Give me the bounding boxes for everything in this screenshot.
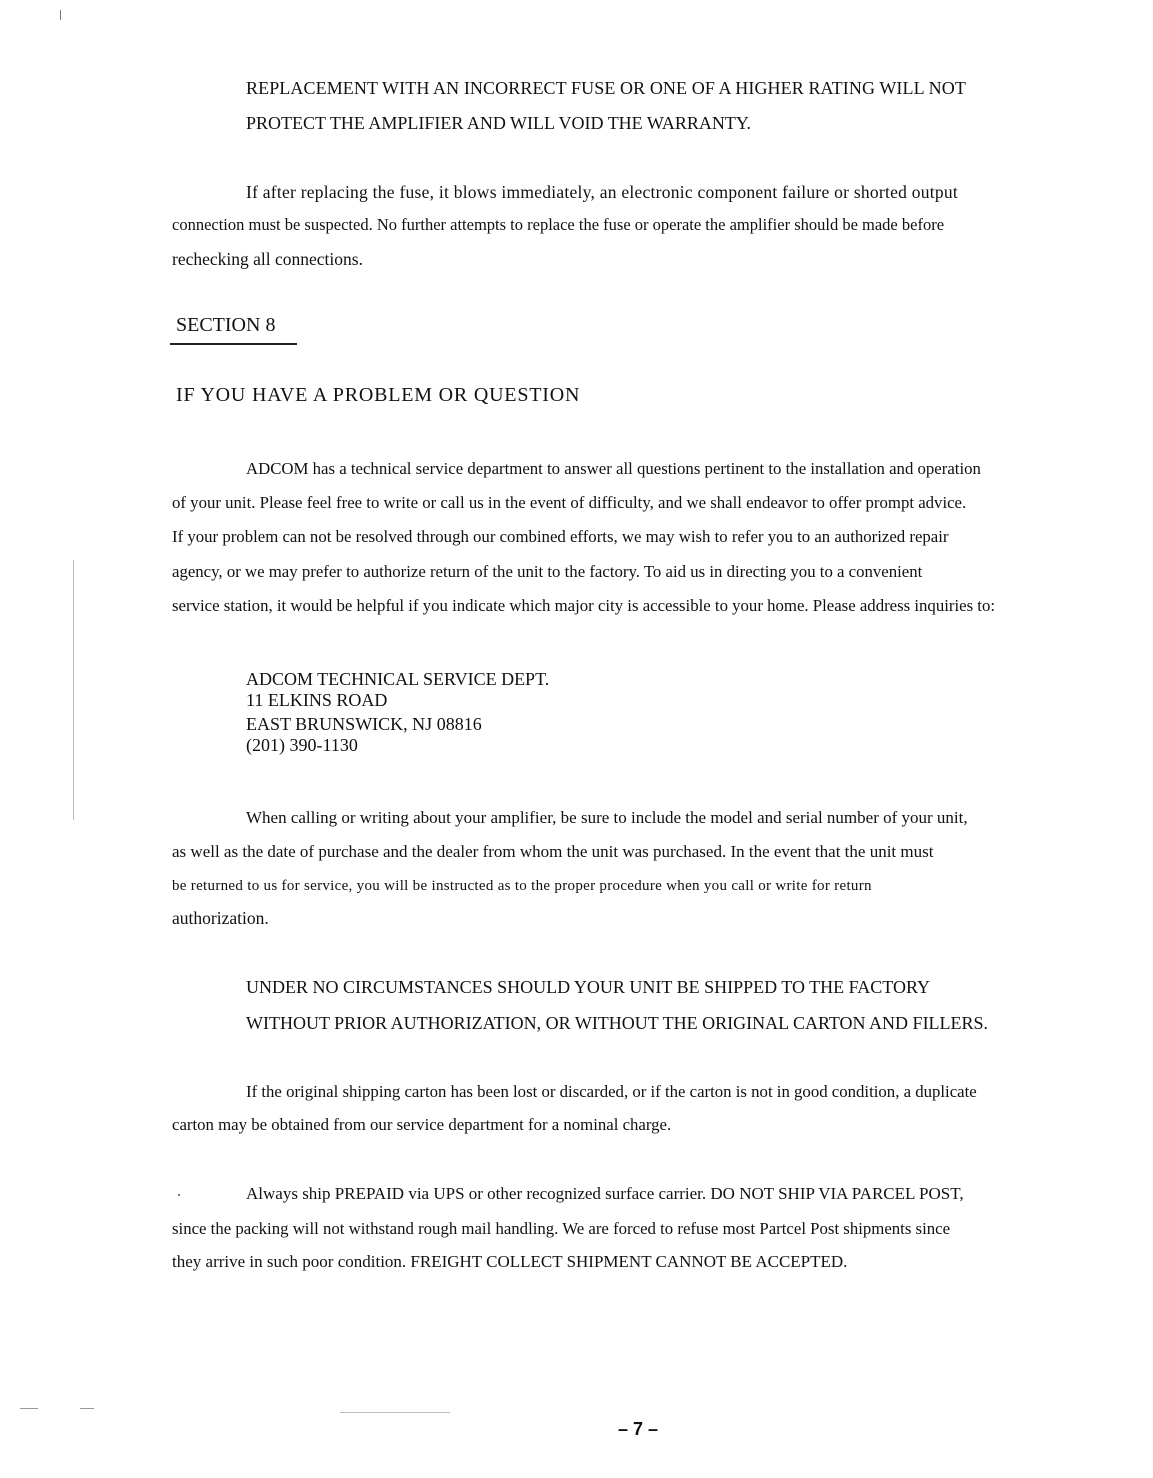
scan-mark xyxy=(80,1408,94,1409)
calling-paragraph-line-2: as well as the date of purchase and the … xyxy=(172,842,933,862)
scan-mark xyxy=(20,1408,38,1409)
service-paragraph-line-3: If your problem can not be resolved thro… xyxy=(172,527,949,547)
fuse-paragraph-line-2: connection must be suspected. No further… xyxy=(172,215,944,235)
fuse-paragraph-line-3: rechecking all connections. xyxy=(172,249,363,269)
scan-mark xyxy=(73,560,74,820)
prepaid-paragraph-line-3: they arrive in such poor condition. FREI… xyxy=(172,1252,847,1272)
service-paragraph-line-2: of your unit. Please feel free to write … xyxy=(172,493,966,513)
scan-mark xyxy=(178,1194,180,1196)
section-heading: IF YOU HAVE A PROBLEM OR QUESTION xyxy=(176,385,580,405)
carton-paragraph-line-2: carton may be obtained from our service … xyxy=(172,1115,671,1135)
address-department: ADCOM TECHNICAL SERVICE DEPT. xyxy=(246,669,549,689)
calling-paragraph-line-4: authorization. xyxy=(172,908,269,928)
carton-paragraph-line-1: If the original shipping carton has been… xyxy=(246,1082,977,1102)
scan-mark xyxy=(340,1412,450,1413)
address-street: 11 ELKINS ROAD xyxy=(246,690,387,710)
shipping-warning-line-2: WITHOUT PRIOR AUTHORIZATION, OR WITHOUT … xyxy=(246,1013,988,1033)
section-underline xyxy=(170,343,297,345)
fuse-warning-line-2: PROTECT THE AMPLIFIER AND WILL VOID THE … xyxy=(246,113,751,133)
service-paragraph-line-1: ADCOM has a technical service department… xyxy=(246,459,981,479)
calling-paragraph-line-1: When calling or writing about your ampli… xyxy=(246,808,968,828)
service-paragraph-line-5: service station, it would be helpful if … xyxy=(172,596,995,616)
section-label: SECTION 8 xyxy=(176,314,275,337)
shipping-warning-line-1: UNDER NO CIRCUMSTANCES SHOULD YOUR UNIT … xyxy=(246,977,930,997)
address-phone: (201) 390-1130 xyxy=(246,735,358,755)
prepaid-paragraph-line-1: Always ship PREPAID via UPS or other rec… xyxy=(246,1184,964,1204)
calling-paragraph-line-3: be returned to us for service, you will … xyxy=(172,876,872,896)
fuse-warning-line-1: REPLACEMENT WITH AN INCORRECT FUSE OR ON… xyxy=(246,78,1041,98)
fuse-paragraph-line-1: If after replacing the fuse, it blows im… xyxy=(246,182,958,202)
prepaid-paragraph-line-2: since the packing will not withstand rou… xyxy=(172,1219,950,1239)
service-paragraph-line-4: agency, or we may prefer to authorize re… xyxy=(172,562,922,582)
scan-mark xyxy=(60,10,61,20)
address-city: EAST BRUNSWICK, NJ 08816 xyxy=(246,714,482,734)
page-number: – 7 – xyxy=(618,1419,658,1440)
